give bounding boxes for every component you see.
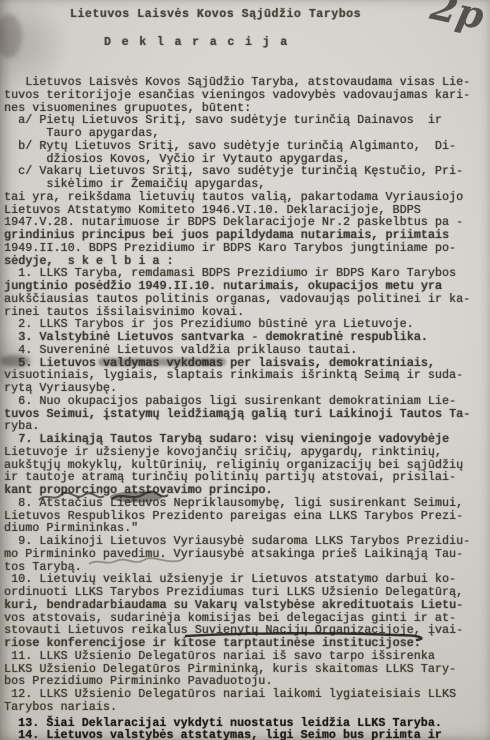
document-line: tai yra, reikšdama lietuvių tautos valią… (4, 191, 470, 204)
document-line: 4. Suvereninė Lietuvos valdžia priklauso… (4, 344, 470, 357)
document-line: aukščiausias tautos politinis organas, v… (4, 293, 470, 306)
scan-smudge (0, 14, 22, 58)
document-line: 3. Valstybinė Lietuvos santvarka - demok… (4, 331, 470, 344)
document-line: jungtinio posėdžio 1949.II.10. nutarimai… (4, 280, 470, 293)
document-line: sikėlimo ir Žemaičių apygardas, (4, 178, 470, 191)
document-line: 6. Nuo okupacijos pabaigos ligi susirenk… (4, 395, 470, 408)
document-line: grindinius principus bei juos papildydam… (4, 229, 470, 242)
document-line: Tarybos nariais. (4, 701, 470, 714)
document-subtitle: D e k l a r a c i j a (104, 35, 289, 49)
document-line: tuvos Seimui, įstatymų leidžiamąją galią… (4, 408, 470, 421)
document-line: 8. Atstačius Lietuvos Nepriklausomybę, l… (4, 497, 470, 510)
document-line: tuvos teritorijoje esančias vieningos va… (4, 89, 470, 102)
document-line: 11. LLKS Užsienio Delegatūros nariai iš … (4, 650, 470, 663)
document-body: Lietuvos Laisvės Kovos Sąjūdžio Taryba, … (4, 76, 470, 740)
document-line: 7. Laikinąją Tautos Tarybą sudaro: visų … (4, 433, 470, 446)
document-line: 14. Lietuvos valstybės atstatymas, ligi … (4, 729, 470, 740)
document-page: 2p Lietuvos Laisvės Kovos Sąjūdžio Taryb… (0, 0, 490, 740)
document-line: 12. LLKS Užsienio Delegatūros nariai lai… (4, 688, 470, 701)
document-title: Lietuvos Laisvės Kovos Sąjūdžio Tarybos (70, 7, 361, 21)
document-line: mo Pirmininko pavedimu. Vyriausybė atsak… (4, 548, 470, 561)
document-line: rytą Vyriausybę. (4, 382, 470, 395)
document-line: riose konferencijose ir kitose tarptauti… (4, 637, 470, 650)
document-line: kant proporcingo atstovavimo principo. (4, 484, 470, 497)
document-line: Tauro apygardas, (4, 127, 470, 140)
document-line: 9. Laikinoji Lietuvos Vyriausybė sudarom… (4, 535, 470, 548)
document-line: b/ Rytų Lietuvos Sritį, savo sudėtyje tu… (4, 140, 470, 153)
handwritten-page-number: 2p (427, 0, 488, 38)
document-line: 1949.II.10. BDPS Prezidiumo ir BDPS Karo… (4, 242, 470, 255)
document-line: Lietuvos Laisvės Kovos Sąjūdžio Taryba, … (4, 76, 470, 89)
document-line: ordinuoti LLKS Tarybos Prezidiumas turi … (4, 586, 470, 599)
document-line: kuri, bendradarbiaudama su Vakarų valsty… (4, 599, 470, 612)
document-line: Lietuvoje ir užsienyje kovojančių sričių… (4, 446, 470, 459)
